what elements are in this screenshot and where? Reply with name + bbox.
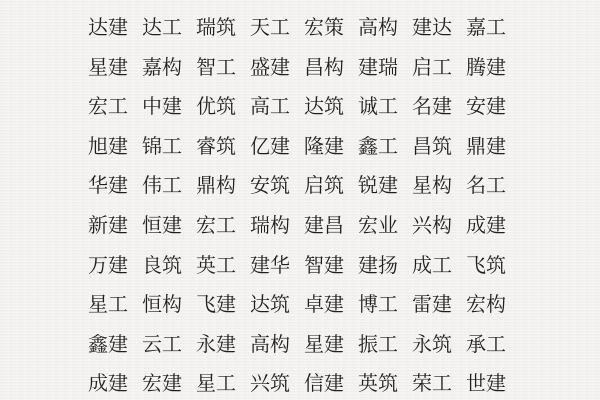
name-item: 新建 bbox=[88, 205, 142, 245]
name-item: 建达 bbox=[412, 7, 466, 47]
name-item: 睿筑 bbox=[196, 126, 250, 166]
company-name-grid: 达建 达工 瑞筑 天工 宏策 高构 建达 嘉工 星建 嘉构 智工 盛建 昌构 建… bbox=[88, 7, 520, 400]
name-item: 星工 bbox=[88, 284, 142, 324]
name-item: 名建 bbox=[412, 86, 466, 126]
name-item: 振工 bbox=[358, 324, 412, 364]
name-item: 达筑 bbox=[304, 86, 358, 126]
name-item: 兴筑 bbox=[250, 363, 304, 400]
name-item: 信建 bbox=[304, 363, 358, 400]
name-item: 兴构 bbox=[412, 205, 466, 245]
name-item: 承工 bbox=[466, 324, 520, 364]
name-item: 安筑 bbox=[250, 165, 304, 205]
name-item: 云工 bbox=[142, 324, 196, 364]
name-item: 诚工 bbox=[358, 86, 412, 126]
name-item: 达筑 bbox=[250, 284, 304, 324]
name-item: 建扬 bbox=[358, 245, 412, 285]
name-item: 成工 bbox=[412, 245, 466, 285]
name-item: 优筑 bbox=[196, 86, 250, 126]
name-item: 伟工 bbox=[142, 165, 196, 205]
name-item: 昌构 bbox=[304, 47, 358, 87]
name-item: 宏策 bbox=[304, 7, 358, 47]
name-item: 鼎构 bbox=[196, 165, 250, 205]
name-item: 鑫建 bbox=[88, 324, 142, 364]
name-item: 宏工 bbox=[88, 86, 142, 126]
name-item: 永建 bbox=[196, 324, 250, 364]
name-item: 星建 bbox=[88, 47, 142, 87]
name-item: 万建 bbox=[88, 245, 142, 285]
name-item: 恒构 bbox=[142, 284, 196, 324]
name-item: 达建 bbox=[88, 7, 142, 47]
name-item: 鑫工 bbox=[358, 126, 412, 166]
name-item: 成建 bbox=[88, 363, 142, 400]
name-item: 宏构 bbox=[466, 284, 520, 324]
name-item: 永筑 bbox=[412, 324, 466, 364]
name-item: 名工 bbox=[466, 165, 520, 205]
name-item: 宏业 bbox=[358, 205, 412, 245]
name-item: 旭建 bbox=[88, 126, 142, 166]
name-item: 昌筑 bbox=[412, 126, 466, 166]
name-item: 高工 bbox=[250, 86, 304, 126]
name-item: 星构 bbox=[412, 165, 466, 205]
name-item: 英筑 bbox=[358, 363, 412, 400]
name-item: 宏工 bbox=[196, 205, 250, 245]
name-item: 天工 bbox=[250, 7, 304, 47]
name-item: 嘉工 bbox=[466, 7, 520, 47]
name-item: 高构 bbox=[250, 324, 304, 364]
name-item: 恒建 bbox=[142, 205, 196, 245]
name-item: 飞筑 bbox=[466, 245, 520, 285]
name-item: 锐建 bbox=[358, 165, 412, 205]
name-item: 启工 bbox=[412, 47, 466, 87]
name-item: 宏建 bbox=[142, 363, 196, 400]
name-item: 瑞构 bbox=[250, 205, 304, 245]
name-item: 智工 bbox=[196, 47, 250, 87]
name-item: 达工 bbox=[142, 7, 196, 47]
name-item: 建华 bbox=[250, 245, 304, 285]
name-item: 锦工 bbox=[142, 126, 196, 166]
name-item: 高构 bbox=[358, 7, 412, 47]
name-item: 瑞筑 bbox=[196, 7, 250, 47]
name-item: 安建 bbox=[466, 86, 520, 126]
name-item: 建瑞 bbox=[358, 47, 412, 87]
name-item: 盛建 bbox=[250, 47, 304, 87]
name-item: 嘉构 bbox=[142, 47, 196, 87]
name-item: 星工 bbox=[196, 363, 250, 400]
name-item: 华建 bbox=[88, 165, 142, 205]
name-item: 英工 bbox=[196, 245, 250, 285]
name-item: 博工 bbox=[358, 284, 412, 324]
name-item: 雷建 bbox=[412, 284, 466, 324]
name-item: 世建 bbox=[466, 363, 520, 400]
name-item: 智建 bbox=[304, 245, 358, 285]
name-item: 建昌 bbox=[304, 205, 358, 245]
name-item: 亿建 bbox=[250, 126, 304, 166]
name-item: 良筑 bbox=[142, 245, 196, 285]
name-item: 腾建 bbox=[466, 47, 520, 87]
name-item: 隆建 bbox=[304, 126, 358, 166]
name-item: 卓建 bbox=[304, 284, 358, 324]
name-item: 鼎建 bbox=[466, 126, 520, 166]
name-item: 星建 bbox=[304, 324, 358, 364]
name-item: 中建 bbox=[142, 86, 196, 126]
name-item: 飞建 bbox=[196, 284, 250, 324]
name-item: 荣工 bbox=[412, 363, 466, 400]
name-item: 成建 bbox=[466, 205, 520, 245]
name-item: 启筑 bbox=[304, 165, 358, 205]
